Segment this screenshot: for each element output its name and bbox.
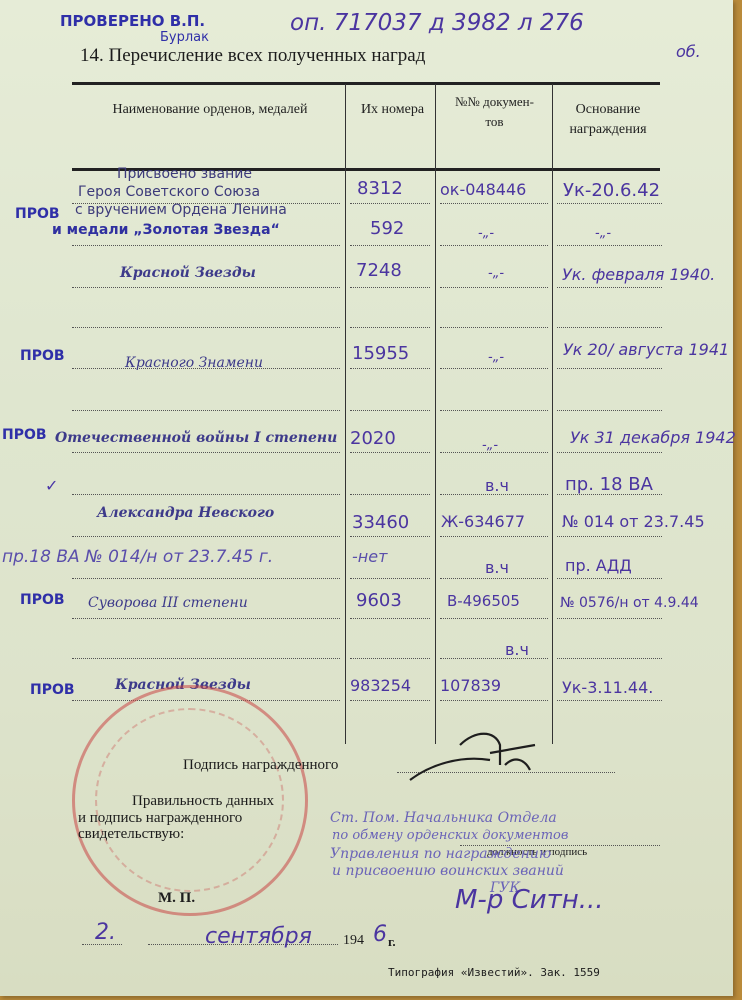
official-stamp-line: Управления по награждению xyxy=(330,846,551,862)
row-line xyxy=(440,368,548,369)
row-line xyxy=(72,536,340,537)
top-rule xyxy=(72,82,660,85)
award-basis-extra: пр. 18 ВА xyxy=(565,474,653,495)
row-line xyxy=(557,327,662,328)
row-line xyxy=(350,287,430,288)
verified-stamp-name: Бурлак xyxy=(160,30,209,45)
header-number: Их номера xyxy=(355,100,430,120)
row-line xyxy=(557,700,662,701)
award-number: 8312 xyxy=(357,178,403,199)
award-basis: Ук-20.6.42 xyxy=(563,180,660,201)
row-line xyxy=(350,368,430,369)
verified-stamp-text: ПРОВЕРЕНО В.П. xyxy=(60,12,205,30)
row-line xyxy=(440,618,548,619)
row-line xyxy=(557,203,662,204)
official-stamp-line: по обмену орденских документов xyxy=(332,828,568,843)
award-basis: Ук 31 декабря 1942 xyxy=(570,428,736,447)
row-line xyxy=(557,368,662,369)
column-divider xyxy=(435,84,436,744)
award-document: в.ч xyxy=(485,558,509,577)
row-line xyxy=(557,618,662,619)
certify-line-2: и подпись награжденного xyxy=(78,810,242,827)
row-line xyxy=(350,536,430,537)
verified-stamp: ПРОВ xyxy=(20,348,65,364)
award-basis: № 014 от 23.7.45 xyxy=(562,512,705,531)
row-line xyxy=(72,245,340,246)
award-document-extra: в.ч xyxy=(505,640,529,659)
row-line xyxy=(557,287,662,288)
award-document: -„- xyxy=(488,350,504,365)
official-stamp-line: Ст. Пом. Начальника Отдела xyxy=(330,810,557,826)
award-document: -„- xyxy=(478,226,494,241)
verified-stamp: ПРОВ xyxy=(30,682,75,698)
row-line xyxy=(350,410,430,411)
check-mark: ✓ xyxy=(45,476,58,495)
archive-reference-back: об. xyxy=(676,42,701,61)
row-line xyxy=(72,287,340,288)
award-name: Александра Невского xyxy=(97,505,274,521)
date-year-prefix: 194 xyxy=(343,933,364,949)
award-basis: Ук 20/ августа 1941 xyxy=(563,340,729,359)
award-document: -„- xyxy=(482,438,498,453)
verified-stamp: ПРОВЕРЕНО В.П. xyxy=(60,12,205,30)
row-line xyxy=(440,536,548,537)
award-name: Отечественной войны I степени xyxy=(55,430,337,446)
date-year-suffix: 6 xyxy=(373,922,387,947)
row-line xyxy=(440,203,548,204)
certify-line-1: Правильность данных xyxy=(132,793,274,810)
row-line xyxy=(350,245,430,246)
row-line xyxy=(440,578,548,579)
row-line xyxy=(350,658,430,659)
award-basis: Ук. февраля 1940. xyxy=(562,265,715,284)
row-line xyxy=(440,245,548,246)
header-name: Наименование орденов, медалей xyxy=(100,100,320,120)
award-name: Присвоено звание xyxy=(117,166,252,182)
award-document: В-496505 xyxy=(447,592,520,610)
verified-stamp: ПРОВ xyxy=(15,206,60,222)
row-line xyxy=(557,578,662,579)
award-basis: -„- xyxy=(595,226,611,241)
award-name: Суворова III степени xyxy=(88,595,248,611)
column-divider xyxy=(552,84,553,744)
date-day: 2. xyxy=(95,920,116,945)
award-number: 33460 xyxy=(352,512,409,533)
award-card-page: ПРОВЕРЕНО В.П. Бурлак оп. 717037 д 3982 … xyxy=(0,0,733,996)
date-month: сентября xyxy=(205,924,312,949)
row-line xyxy=(440,327,548,328)
award-basis: № 0576/н от 4.9.44 xyxy=(560,595,699,611)
row-line xyxy=(350,618,430,619)
award-name: Красной Звезды xyxy=(120,265,256,281)
award-number: -нет xyxy=(352,547,387,566)
row-line xyxy=(72,494,340,495)
award-number: 983254 xyxy=(350,676,411,695)
section-title: 14. Перечисление всех полученных наград xyxy=(80,45,425,67)
award-number: 7248 xyxy=(356,260,402,281)
seal-place-label: М. П. xyxy=(158,890,195,907)
row-line xyxy=(350,494,430,495)
row-line xyxy=(557,536,662,537)
certify-line-3: свидетельствую: xyxy=(78,826,184,843)
row-line xyxy=(557,410,662,411)
recipient-signature xyxy=(400,725,560,795)
award-basis: пр. АДД xyxy=(565,556,632,575)
row-line xyxy=(350,700,430,701)
signature-label: Подпись награжденного xyxy=(183,757,338,774)
award-number: 15955 xyxy=(352,343,409,364)
printer-credit: Типография «Известий». Зак. 1559 xyxy=(388,966,600,979)
award-name: с вручением Ордена Ленина xyxy=(75,202,287,218)
row-line xyxy=(350,203,430,204)
row-line xyxy=(440,700,548,701)
header-documents: №№ докумен- тов xyxy=(447,92,542,132)
award-name: Красного Знамени xyxy=(125,355,263,371)
row-line xyxy=(440,658,548,659)
award-document: -„- xyxy=(488,266,504,281)
award-number: 592 xyxy=(370,218,404,239)
archive-reference: оп. 717037 д 3982 л 276 xyxy=(290,10,584,36)
official-stamp-line: и присвоению воинских званий xyxy=(332,863,564,879)
award-name: и медали „Золотая Звезда“ xyxy=(52,222,280,238)
verified-stamp: ПРОВ xyxy=(20,592,65,608)
row-line xyxy=(72,578,340,579)
row-line xyxy=(440,410,548,411)
award-basis: Ук-3.11.44. xyxy=(562,678,653,697)
order-note: пр.18 ВА № 014/н от 23.7.45 г. xyxy=(2,547,273,567)
row-line xyxy=(72,658,340,659)
row-line xyxy=(557,452,662,453)
row-line xyxy=(440,287,548,288)
award-document-extra: в.ч xyxy=(485,476,509,495)
header-basis: Основание награждения xyxy=(558,100,658,140)
row-line xyxy=(72,327,340,328)
award-number: 2020 xyxy=(350,428,396,449)
row-line xyxy=(557,245,662,246)
column-divider xyxy=(345,84,346,744)
award-number: 9603 xyxy=(356,590,402,611)
row-line xyxy=(350,327,430,328)
row-line xyxy=(72,452,340,453)
award-document: 107839 xyxy=(440,676,501,695)
verified-stamp: ПРОВ xyxy=(2,427,47,443)
row-line xyxy=(72,618,340,619)
award-name: Героя Советского Союза xyxy=(78,184,260,200)
row-line xyxy=(557,658,662,659)
award-document: Ж-634677 xyxy=(441,512,525,531)
award-document: ок-048446 xyxy=(440,180,526,199)
row-line xyxy=(72,410,340,411)
row-line xyxy=(350,578,430,579)
official-signer: М-р Ситн... xyxy=(455,885,604,915)
row-line xyxy=(350,452,430,453)
date-year-unit: г. xyxy=(388,934,396,950)
